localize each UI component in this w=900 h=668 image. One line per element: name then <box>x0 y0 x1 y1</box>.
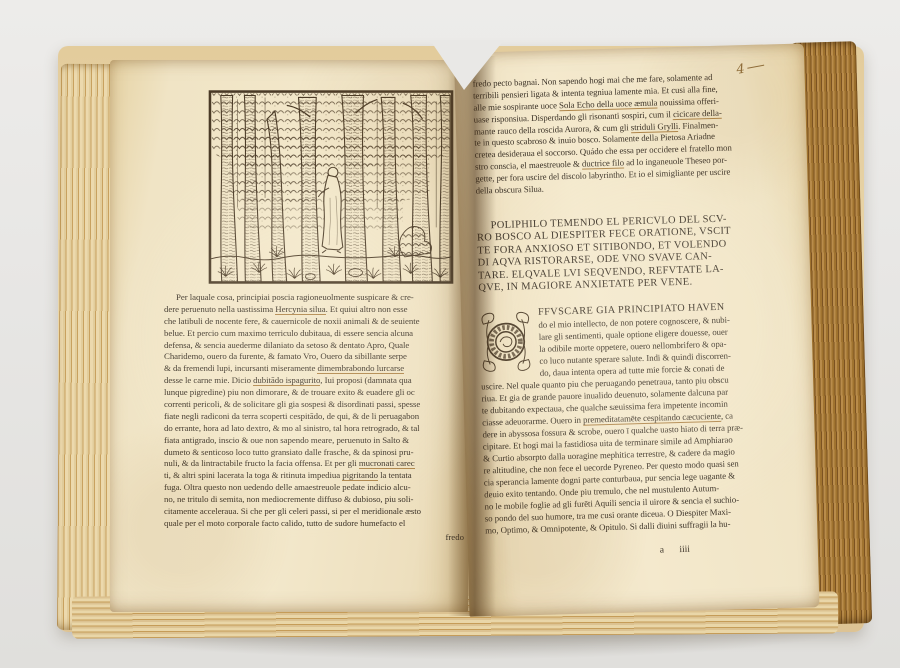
quire-signature: a iiii <box>660 545 690 556</box>
forest-woodcut-illustration <box>208 88 454 286</box>
text-line: defensa, & sencia auederme dilaniato da … <box>164 340 468 352</box>
text-line: fiata antigrado, inscio & oue non sapend… <box>164 435 468 447</box>
text-line: do errante, hora ad lato dextro, & mo al… <box>164 423 468 435</box>
text-line: che latibuli de nocente fere, & cauernic… <box>164 316 468 328</box>
gutter-shadow <box>448 56 496 616</box>
text-line: no, ne tritulo di semita, non mediocreme… <box>164 494 468 506</box>
photo: Per laquale cosa, principiai poscia ragi… <box>0 0 900 668</box>
text-line: quale per el moto corporale facto calido… <box>164 518 468 530</box>
body-paragraph: FFVSCARE GIA PRINCIPIATO HAVENdo el mio … <box>479 300 793 537</box>
text-line: & da fremendi lupi, incursanti miseramen… <box>164 363 468 375</box>
right-page: 4 fredo pecto bagnai. Non sapendo hogi m… <box>454 43 820 617</box>
folio-flourish <box>748 65 765 69</box>
text-line: fiate negli radiconi da terra scoperti c… <box>164 411 468 423</box>
chapter-heading: POLIPHILO TEMENDO EL PERICVLO DEL SCV-RO… <box>477 212 785 295</box>
text-line: correnti pericoli, & de solicitare gli g… <box>164 399 468 411</box>
text-line: dere peruenuto nella uastissima Hercynia… <box>164 304 468 316</box>
catchword: fredo <box>164 532 464 542</box>
text-line: belue. Et percio cum maximo terriculo du… <box>164 328 468 340</box>
intro-paragraph: fredo pecto bagnai. Non sapendo hogi mai… <box>473 70 782 197</box>
left-page-text: Per laquale cosa, principiai poscia ragi… <box>164 292 468 530</box>
body-lines: uscire. Nel quale quanto piu che peruaga… <box>481 372 793 537</box>
text-line: lunque pigredine) piu non dimorare, & de… <box>164 387 468 399</box>
text-line: Charidemo, ouero da furente, & famato Vr… <box>164 351 468 363</box>
text-line: fuga. Oltra questo non uedendo delle ama… <box>164 482 468 494</box>
text-line: ti, & altri spini lacerata la toga & rit… <box>164 470 468 482</box>
text-line: citamente acceleraua. Si che per gli cel… <box>164 506 468 518</box>
text-line: nuli, & da lintractabile fructo la facia… <box>164 458 468 470</box>
text-line: dumeto & senticoso loco tutto gransiato … <box>164 447 468 459</box>
text-line: Per laquale cosa, principiai poscia ragi… <box>164 292 468 304</box>
text-line: desse le carne mie. Dicio dubitādo ispag… <box>164 375 468 387</box>
left-page: Per laquale cosa, principiai poscia ragi… <box>110 60 468 612</box>
